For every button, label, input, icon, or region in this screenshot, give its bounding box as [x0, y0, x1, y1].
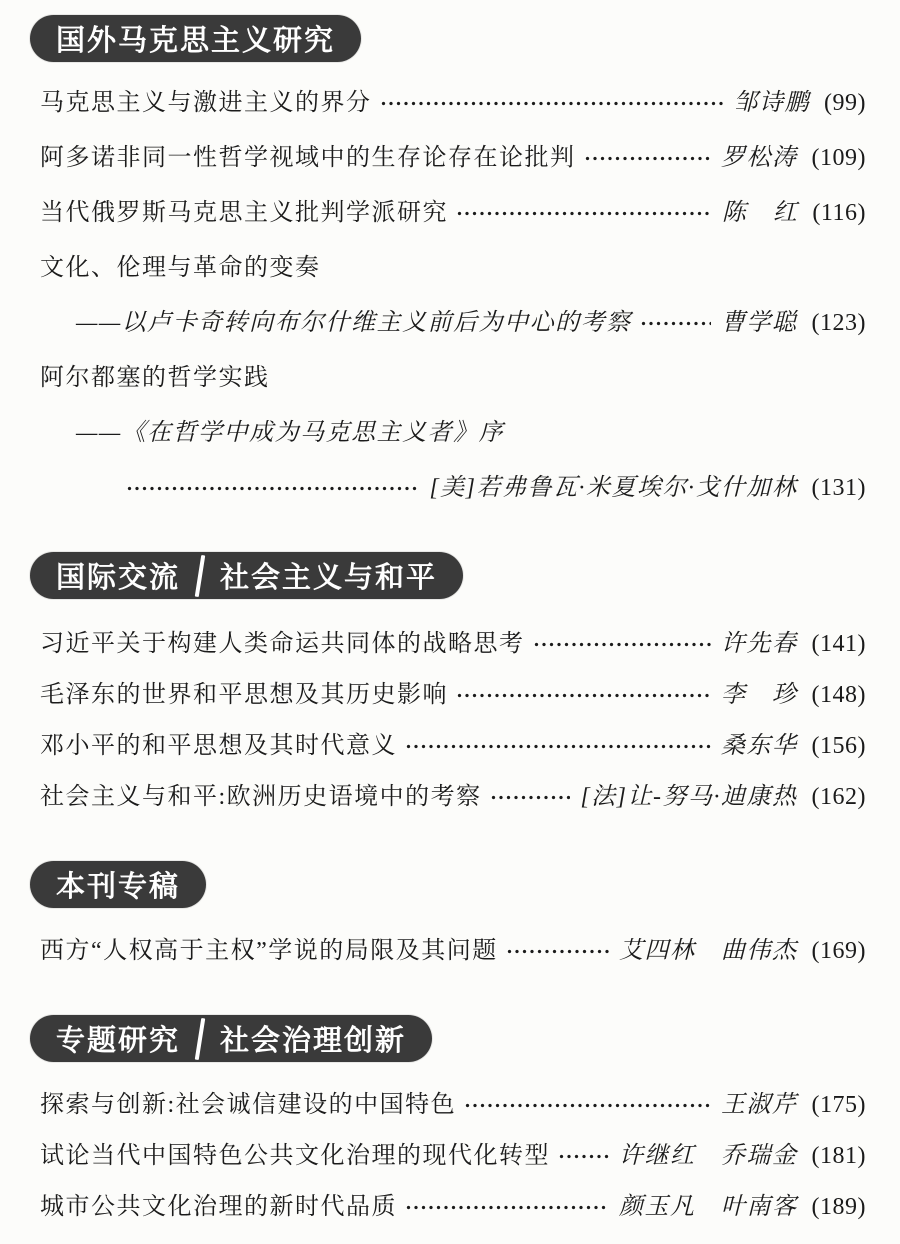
entry-author: 许先春 — [721, 631, 798, 658]
dot-leader — [640, 310, 711, 337]
entry-title: 当代俄罗斯马克思主义批判学派研究 — [40, 200, 448, 227]
entry-author: [美]若弗鲁瓦·米夏埃尔·戈什加林 — [429, 475, 797, 502]
entry-title: 城市公共文化治理的新时代品质 — [40, 1194, 397, 1221]
entry-title: 阿尔都塞的哲学实践 — [40, 365, 270, 392]
entry-page-number: (181) — [812, 1143, 866, 1170]
section-header-label: 国际交流 — [56, 555, 180, 596]
dot-leader — [126, 475, 419, 502]
slash-separator-icon — [195, 554, 206, 596]
dot-leader — [533, 631, 712, 658]
section-header-pill: 国际交流社会主义与和平 — [30, 552, 463, 599]
toc-entry-row: 邓小平的和平思想及其时代意义 桑东华 (156) — [40, 733, 866, 760]
entry-title: 试论当代中国特色公共文化治理的现代化转型 — [40, 1143, 550, 1170]
entry-title: 邓小平的和平思想及其时代意义 — [40, 733, 397, 760]
entry-author: 许继红 乔瑞金 — [619, 1143, 798, 1170]
entry-author: 李 珍 — [721, 682, 798, 709]
toc-entry-row: 城市公共文化治理的新时代品质 颜玉凡 叶南客 (189) — [40, 1194, 866, 1221]
toc-entry-row: 探索与创新:社会诚信建设的中国特色 王淑芹 (175) — [40, 1092, 866, 1119]
toc-entry-row: 文化、伦理与革命的变奏 — [40, 255, 866, 282]
dot-leader — [584, 145, 712, 172]
section-header-pill: 国外马克思主义研究 — [30, 15, 361, 62]
entry-author: 邹诗鹏 — [734, 90, 811, 117]
toc-entry-row: 阿尔都塞的哲学实践 — [40, 365, 866, 392]
entry-title: 西方“人权高于主权”学说的局限及其问题 — [40, 938, 498, 965]
section-header-label: 社会主义与和平 — [220, 555, 437, 596]
entry-title: 毛泽东的世界和平思想及其历史影响 — [40, 682, 448, 709]
entry-author: 王淑芹 — [721, 1092, 798, 1119]
dot-leader — [464, 1092, 711, 1119]
toc-section: 本刊专稿 西方“人权高于主权”学说的局限及其问题 艾四林 曲伟杰 (169) — [40, 861, 866, 965]
entry-title: 阿多诺非同一性哲学视域中的生存论存在论批判 — [40, 145, 576, 172]
entry-page-number: (189) — [812, 1194, 866, 1221]
section-entry-list: 西方“人权高于主权”学说的局限及其问题 艾四林 曲伟杰 (169) — [40, 938, 866, 965]
toc-page: 国外马克思主义研究 马克思主义与激进主义的界分 邹诗鹏 (99) 阿多诺非同一性… — [0, 0, 900, 1244]
toc-entry-row: [美]若弗鲁瓦·米夏埃尔·戈什加林 (131) — [40, 475, 866, 502]
section-entry-list: 习近平关于构建人类命运共同体的战略思考 许先春 (141) 毛泽东的世界和平思想… — [40, 631, 866, 811]
toc-entry-row: 社会主义与和平:欧洲历史语境中的考察 [法]让-努马·迪康热 (162) — [40, 784, 866, 811]
toc-sections: 国外马克思主义研究 马克思主义与激进主义的界分 邹诗鹏 (99) 阿多诺非同一性… — [40, 15, 866, 1221]
dot-leader — [405, 1194, 609, 1221]
section-header-pill: 专题研究社会治理创新 — [30, 1015, 432, 1062]
toc-entry-row: 试论当代中国特色公共文化治理的现代化转型 许继红 乔瑞金 (181) — [40, 1143, 866, 1170]
section-header-label: 社会治理创新 — [220, 1018, 406, 1059]
entry-author: 罗松涛 — [721, 145, 798, 172]
entry-author: 颜玉凡 叶南客 — [619, 1194, 798, 1221]
entry-author: 艾四林 曲伟杰 — [619, 938, 798, 965]
slash-separator-icon — [195, 1017, 206, 1059]
entry-title: ——《在哲学中成为马克思主义者》序 — [76, 420, 504, 447]
entry-page-number: (175) — [812, 1092, 866, 1119]
entry-author: 曹学聪 — [721, 310, 798, 337]
dot-leader — [456, 682, 711, 709]
entry-title: 马克思主义与激进主义的界分 — [40, 90, 372, 117]
section-header-pill: 本刊专稿 — [30, 861, 206, 908]
toc-entry-row: 西方“人权高于主权”学说的局限及其问题 艾四林 曲伟杰 (169) — [40, 938, 866, 965]
toc-entry-row: 当代俄罗斯马克思主义批判学派研究 陈 红 (116) — [40, 200, 866, 227]
entry-title: 文化、伦理与革命的变奏 — [40, 255, 321, 282]
section-entry-list: 马克思主义与激进主义的界分 邹诗鹏 (99) 阿多诺非同一性哲学视域中的生存论存… — [40, 90, 866, 502]
entry-page-number: (141) — [812, 631, 866, 658]
entry-author: 桑东华 — [721, 733, 798, 760]
dot-leader — [506, 938, 609, 965]
toc-entry-row: 马克思主义与激进主义的界分 邹诗鹏 (99) — [40, 90, 866, 117]
entry-page-number: (131) — [812, 475, 866, 502]
toc-entry-row: ——《在哲学中成为马克思主义者》序 — [40, 420, 866, 447]
dot-leader — [558, 1143, 609, 1170]
section-entry-list: 探索与创新:社会诚信建设的中国特色 王淑芹 (175) 试论当代中国特色公共文化… — [40, 1092, 866, 1221]
toc-section: 专题研究社会治理创新 探索与创新:社会诚信建设的中国特色 王淑芹 (175) 试… — [40, 1015, 866, 1221]
toc-entry-row: ——以卢卡奇转向布尔什维主义前后为中心的考察 曹学聪 (123) — [40, 310, 866, 337]
dot-leader — [380, 90, 724, 117]
entry-page-number: (169) — [812, 938, 866, 965]
dot-leader — [456, 200, 712, 227]
entry-page-number: (156) — [812, 733, 866, 760]
section-header-label: 国外马克思主义研究 — [56, 18, 335, 59]
toc-section: 国际交流社会主义与和平 习近平关于构建人类命运共同体的战略思考 许先春 (141… — [40, 552, 866, 811]
entry-title: ——以卢卡奇转向布尔什维主义前后为中心的考察 — [76, 310, 632, 337]
section-header-label: 本刊专稿 — [56, 864, 180, 905]
entry-page-number: (162) — [812, 784, 866, 811]
toc-entry-row: 阿多诺非同一性哲学视域中的生存论存在论批判 罗松涛 (109) — [40, 145, 866, 172]
entry-page-number: (123) — [812, 310, 866, 337]
dot-leader — [490, 784, 571, 811]
section-header-label: 专题研究 — [56, 1018, 180, 1059]
toc-section: 国外马克思主义研究 马克思主义与激进主义的界分 邹诗鹏 (99) 阿多诺非同一性… — [40, 15, 866, 502]
toc-entry-row: 习近平关于构建人类命运共同体的战略思考 许先春 (141) — [40, 631, 866, 658]
entry-title: 习近平关于构建人类命运共同体的战略思考 — [40, 631, 525, 658]
entry-author: [法]让-努马·迪康热 — [580, 784, 797, 811]
entry-title: 探索与创新:社会诚信建设的中国特色 — [40, 1092, 456, 1119]
entry-author: 陈 红 — [722, 200, 799, 227]
entry-title: 社会主义与和平:欧洲历史语境中的考察 — [40, 784, 482, 811]
entry-page-number: (99) — [824, 90, 866, 117]
entry-page-number: (116) — [812, 200, 866, 227]
entry-page-number: (109) — [812, 145, 866, 172]
entry-page-number: (148) — [812, 682, 866, 709]
toc-entry-row: 毛泽东的世界和平思想及其历史影响 李 珍 (148) — [40, 682, 866, 709]
dot-leader — [405, 733, 711, 760]
